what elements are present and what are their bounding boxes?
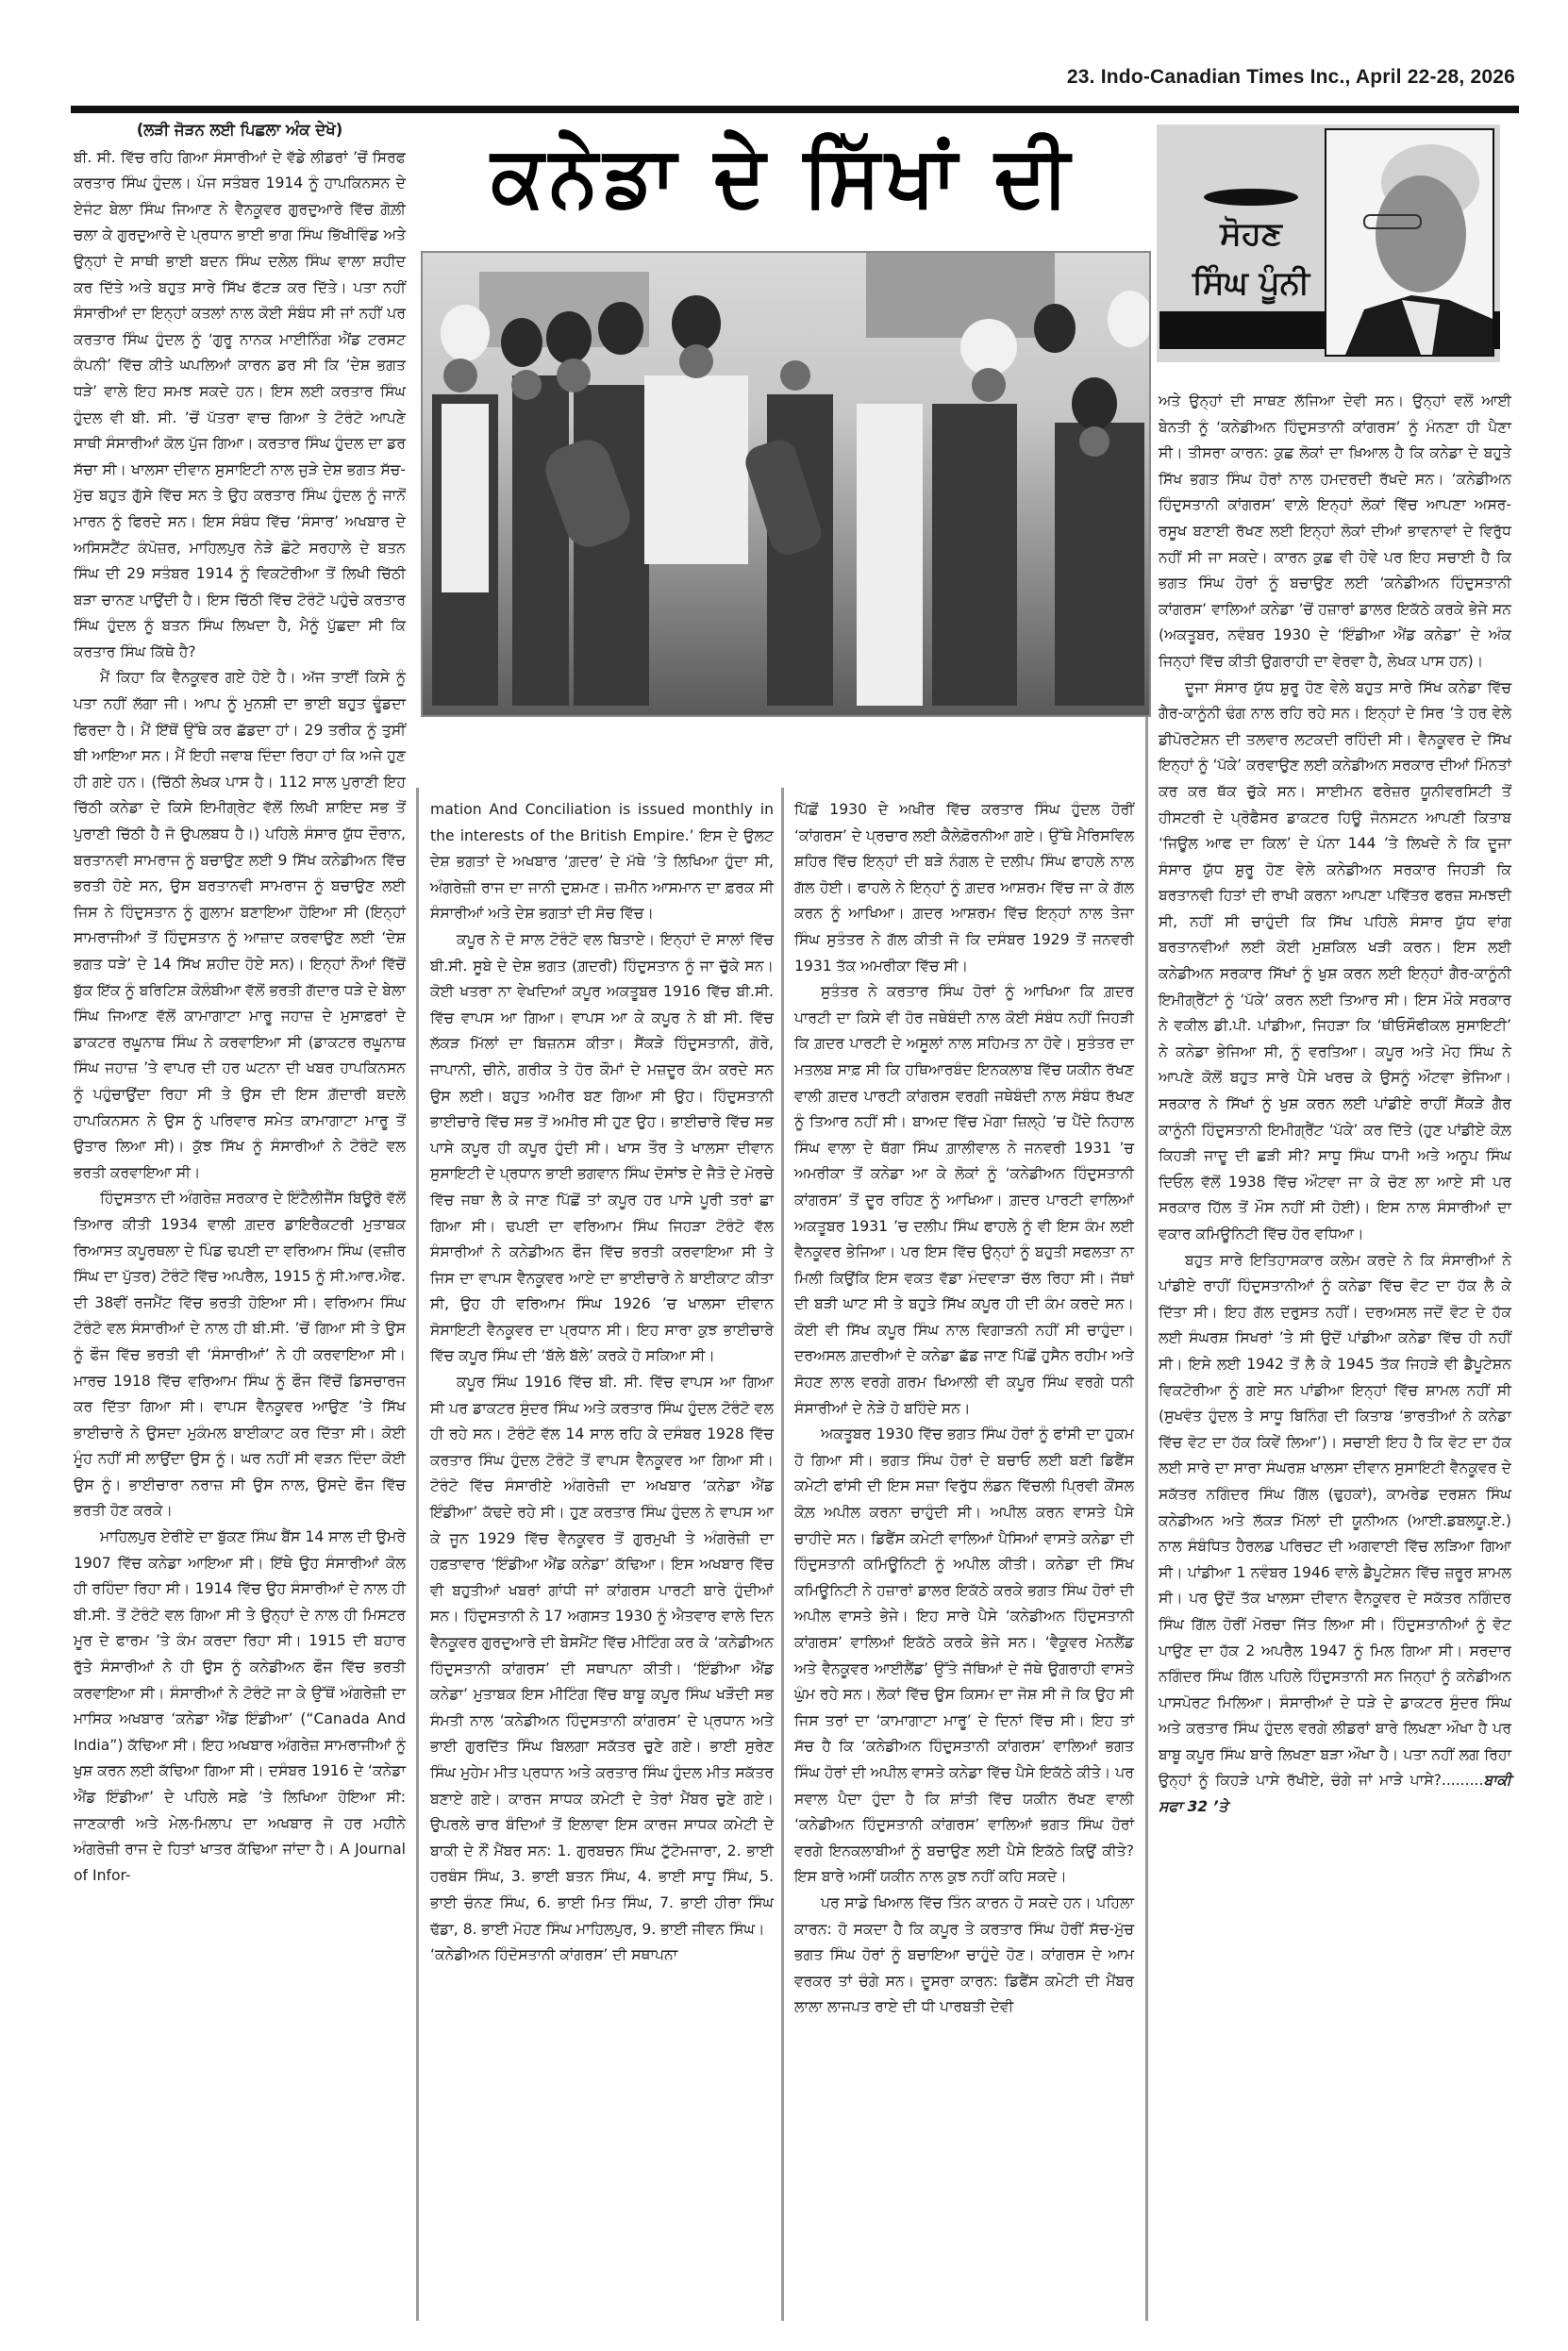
author-photo: [1325, 128, 1494, 357]
column-divider: [781, 788, 784, 2321]
author-name-line2: ਸਿੰਘ ਪੂੰਨੀ: [1176, 258, 1326, 308]
continuation-note: (ਲੜੀ ਜੋੜਨ ਲਈ ਪਿਛਲਾ ਅੰਕ ਦੇਖੋ): [74, 117, 406, 143]
paragraph: ਕਪੂਰ ਸਿੰਘ 1916 ਵਿੱਚ ਬੀ. ਸੀ. ਵਿੱਚ ਵਾਪਸ ਆ …: [430, 1370, 774, 1942]
author-portrait-illustration: [1326, 130, 1493, 355]
article-column-1: (ਲੜੀ ਜੋੜਨ ਲਈ ਪਿਛਲਾ ਅੰਕ ਦੇਖੋ) ਬੀ. ਸੀ. ਵਿੱ…: [74, 117, 406, 1889]
paragraph: ਬੀ. ਸੀ. ਵਿੱਚ ਰਹਿ ਗਿਆ ਸੰਸਾਰੀਆਂ ਦੇ ਵੱਡੇ ਲੀ…: [74, 145, 406, 666]
paragraph: ਦੂਜਾ ਸੰਸਾਰ ਯੁੱਧ ਸ਼ੁਰੂ ਹੋਣ ਵੇਲੇ ਬਹੁਤ ਸਾਰੇ…: [1159, 675, 1511, 1248]
paragraph: ਅਤੇ ਉਨ੍ਹਾਂ ਦੀ ਸਾਥਣ ਲੱਜਿਆ ਦੇਵੀ ਸਨ। ਉਨ੍ਹਾਂ…: [1159, 389, 1511, 675]
article-column-2: mation And Conciliation is issued monthl…: [430, 797, 774, 1969]
paragraph: mation And Conciliation is issued monthl…: [430, 797, 774, 927]
paragraph: ਬਹੁਤ ਸਾਰੇ ਇਤਿਹਾਸਕਾਰ ਕਲੇਮ ਕਰਦੇ ਨੇ ਕਿ ਸੰਸਾ…: [1159, 1248, 1511, 1821]
paragraph: ਮੈਂ ਕਿਹਾ ਕਿ ਵੈਨਕੂਵਰ ਗਏ ਹੋਏ ਹੈ। ਅੱਜ ਤਾਈਂ …: [74, 665, 406, 1186]
page-folio: 23. Indo-Canadian Times Inc., April 22-2…: [1067, 66, 1515, 89]
author-name: ਸੋਹਣ ਸਿੰਘ ਪੂੰਨੀ: [1176, 209, 1326, 308]
paragraph: ਹਿੰਦੁਸਤਾਨ ਦੀ ਅੰਗਰੇਜ਼ ਸਰਕਾਰ ਦੇ ਇੰਟੈਲੀਜੈਂਸ…: [74, 1186, 406, 1525]
author-name-line1: ਸੋਹਣ: [1176, 209, 1326, 258]
paragraph-text: ਬਹੁਤ ਸਾਰੇ ਇਤਿਹਾਸਕਾਰ ਕਲੇਮ ਕਰਦੇ ਨੇ ਕਿ ਸੰਸਾ…: [1159, 1252, 1511, 1790]
headline: ਕਨੇਡਾ ਦੇ ਸਿੱਖਾਂ ਦੀ ਸਿਆਸਤ: [420, 116, 1146, 239]
paragraph: ‘ਕਨੇਡੀਅਨ ਹਿੰਦੋਸਤਾਨੀ ਕਾਂਗਰਸ’ ਦੀ ਸਥਾਪਨਾ: [430, 1942, 774, 1969]
paragraph: ਪਰ ਸਾਡੇ ਖਿਆਲ ਵਿੱਚ ਤਿੰਨ ਕਾਰਨ ਹੋ ਸਕਦੇ ਹਨ। …: [794, 1891, 1134, 2021]
historic-group-photo: [421, 251, 1151, 717]
byline-ornament: [1204, 189, 1298, 206]
paragraph: ਪਿੱਛੋਂ 1930 ਦੇ ਅਖੀਰ ਵਿੱਚ ਕਰਤਾਰ ਸਿੰਘ ਹੁੰਦ…: [794, 797, 1134, 979]
paragraph: ਅਕਤੂਬਰ 1930 ਵਿੱਚ ਭਗਤ ਸਿੰਘ ਹੋਰਾਂ ਨੂੰ ਫਾਂਸ…: [794, 1422, 1134, 1891]
article-column-3: ਪਿੱਛੋਂ 1930 ਦੇ ਅਖੀਰ ਵਿੱਚ ਕਰਤਾਰ ਸਿੰਘ ਹੁੰਦ…: [794, 797, 1134, 2021]
article-column-4: ਅਤੇ ਉਨ੍ਹਾਂ ਦੀ ਸਾਥਣ ਲੱਜਿਆ ਦੇਵੀ ਸਨ। ਉਨ੍ਹਾਂ…: [1159, 389, 1511, 1821]
paragraph: ਕਪੂਰ ਨੇ ਦੋ ਸਾਲ ਟੋਰੰਟੋ ਵਲ ਬਿਤਾਏ। ਇਨ੍ਹਾਂ ਦ…: [430, 927, 774, 1370]
top-rule: [71, 106, 1519, 113]
paragraph: ਮਾਹਿਲਪੁਰ ਏਰੀਏ ਦਾ ਬੁੱਕਣ ਸਿੰਘ ਬੈਂਸ 14 ਸਾਲ …: [74, 1525, 406, 1889]
group-photo-illustration: [423, 253, 1149, 715]
paragraph: ਸੁਤੰਤਰ ਨੇ ਕਰਤਾਰ ਸਿੰਘ ਹੋਰਾਂ ਨੂੰ ਆਖਿਆ ਕਿ ਗ…: [794, 979, 1134, 1422]
column-divider: [416, 788, 419, 2321]
